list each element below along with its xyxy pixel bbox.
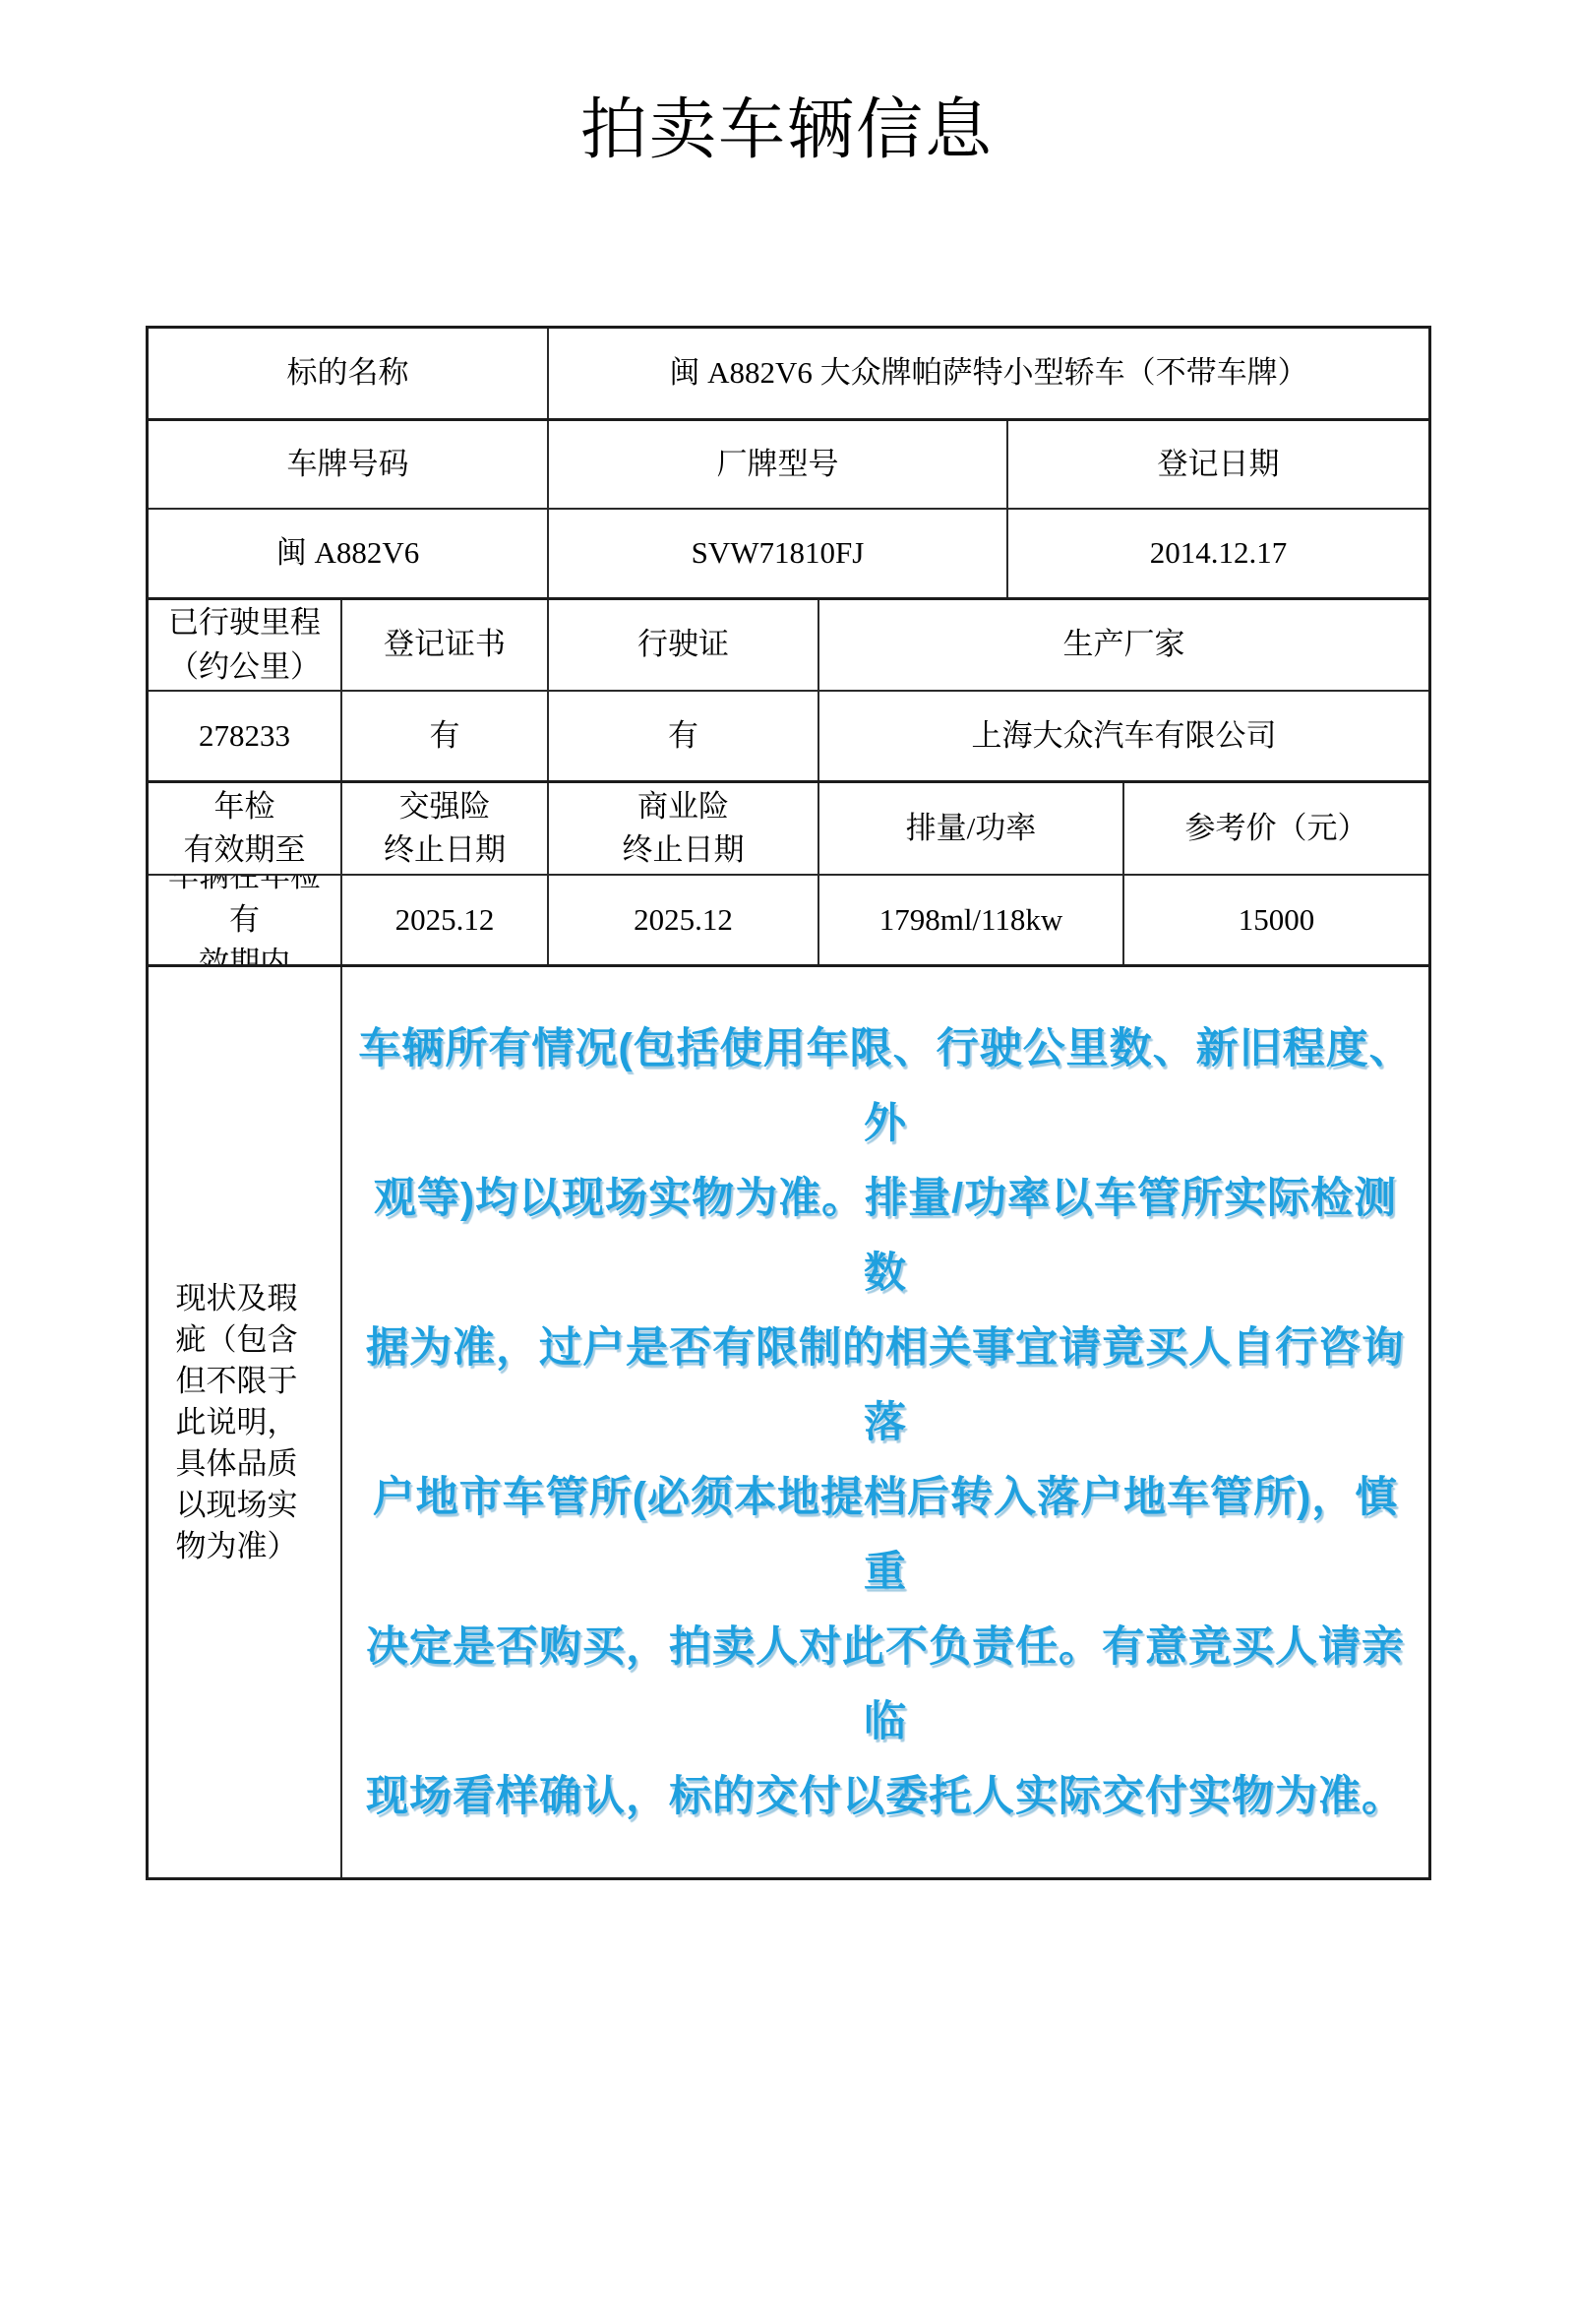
manufacturer-label: 生产厂家: [819, 600, 1428, 690]
subject-name-label: 标的名称: [149, 329, 549, 418]
table-row-subject: 标的名称 闽 A882V6 大众牌帕萨特小型轿车（不带车牌）: [149, 329, 1428, 421]
table-row-status: 现状及瑕 疵（包含 但不限于 此说明， 具体品质 以现场实 物为准） 车辆所有情…: [149, 967, 1428, 1877]
mileage-value: 278233: [149, 692, 342, 780]
inspection-valid-value: 车辆在年检有 效期内: [149, 876, 342, 964]
status-defects-cell: 现状及瑕 疵（包含 但不限于 此说明， 具体品质 以现场实 物为准）: [149, 967, 342, 1877]
reference-price-value: 15000: [1124, 876, 1428, 964]
page-title: 拍卖车辆信息: [0, 96, 1574, 163]
displacement-power-label: 排量/功率: [819, 783, 1124, 874]
brand-model-value: SVW71810FJ: [549, 510, 1008, 597]
registration-cert-label: 登记证书: [342, 600, 549, 690]
commercial-insurance-label: 商业险 终止日期: [549, 783, 819, 874]
document-page: { "page": { "title": "拍卖车辆信息" }, "colors…: [0, 96, 1574, 2324]
status-notice-text: 车辆所有情况(包括使用年限、行驶公里数、新旧程度、外 观等)均以现场实物为准。排…: [348, 1011, 1423, 1834]
table-row-values-1: 闽 A882V6 SVW71810FJ 2014.12.17: [149, 510, 1428, 600]
brand-model-label: 厂牌型号: [549, 421, 1008, 508]
inspection-valid-label: 年检 有效期至: [149, 783, 342, 874]
compulsory-insurance-label: 交强险 终止日期: [342, 783, 549, 874]
registration-cert-value: 有: [342, 692, 549, 780]
manufacturer-value: 上海大众汽车有限公司: [819, 692, 1428, 780]
vehicle-info-table: 标的名称 闽 A882V6 大众牌帕萨特小型轿车（不带车牌） 车牌号码 厂牌型号…: [146, 326, 1431, 1880]
table-row-values-2: 278233 有 有 上海大众汽车有限公司: [149, 692, 1428, 783]
compulsory-insurance-value: 2025.12: [342, 876, 549, 964]
mileage-label: 已行驶里程 （约公里）: [149, 600, 342, 690]
table-row-headers-2: 已行驶里程 （约公里） 登记证书 行驶证 生产厂家: [149, 600, 1428, 692]
registration-date-label: 登记日期: [1008, 421, 1428, 508]
status-defects-label: 现状及瑕 疵（包含 但不限于 此说明， 具体品质 以现场实 物为准）: [176, 1278, 314, 1567]
plate-number-label: 车牌号码: [149, 421, 549, 508]
reference-price-label: 参考价（元）: [1124, 783, 1428, 874]
table-row-headers-3: 年检 有效期至 交强险 终止日期 商业险 终止日期 排量/功率 参考价（元）: [149, 783, 1428, 876]
displacement-power-value: 1798ml/118kw: [819, 876, 1124, 964]
registration-date-value: 2014.12.17: [1008, 510, 1428, 597]
status-notice-cell: 车辆所有情况(包括使用年限、行驶公里数、新旧程度、外 观等)均以现场实物为准。排…: [342, 967, 1428, 1877]
table-row-headers-1: 车牌号码 厂牌型号 登记日期: [149, 421, 1428, 510]
plate-number-value: 闽 A882V6: [149, 510, 549, 597]
subject-name-value: 闽 A882V6 大众牌帕萨特小型轿车（不带车牌）: [549, 329, 1428, 418]
driving-license-value: 有: [549, 692, 819, 780]
commercial-insurance-value: 2025.12: [549, 876, 819, 964]
table-row-values-3: 车辆在年检有 效期内 2025.12 2025.12 1798ml/118kw …: [149, 876, 1428, 967]
driving-license-label: 行驶证: [549, 600, 819, 690]
